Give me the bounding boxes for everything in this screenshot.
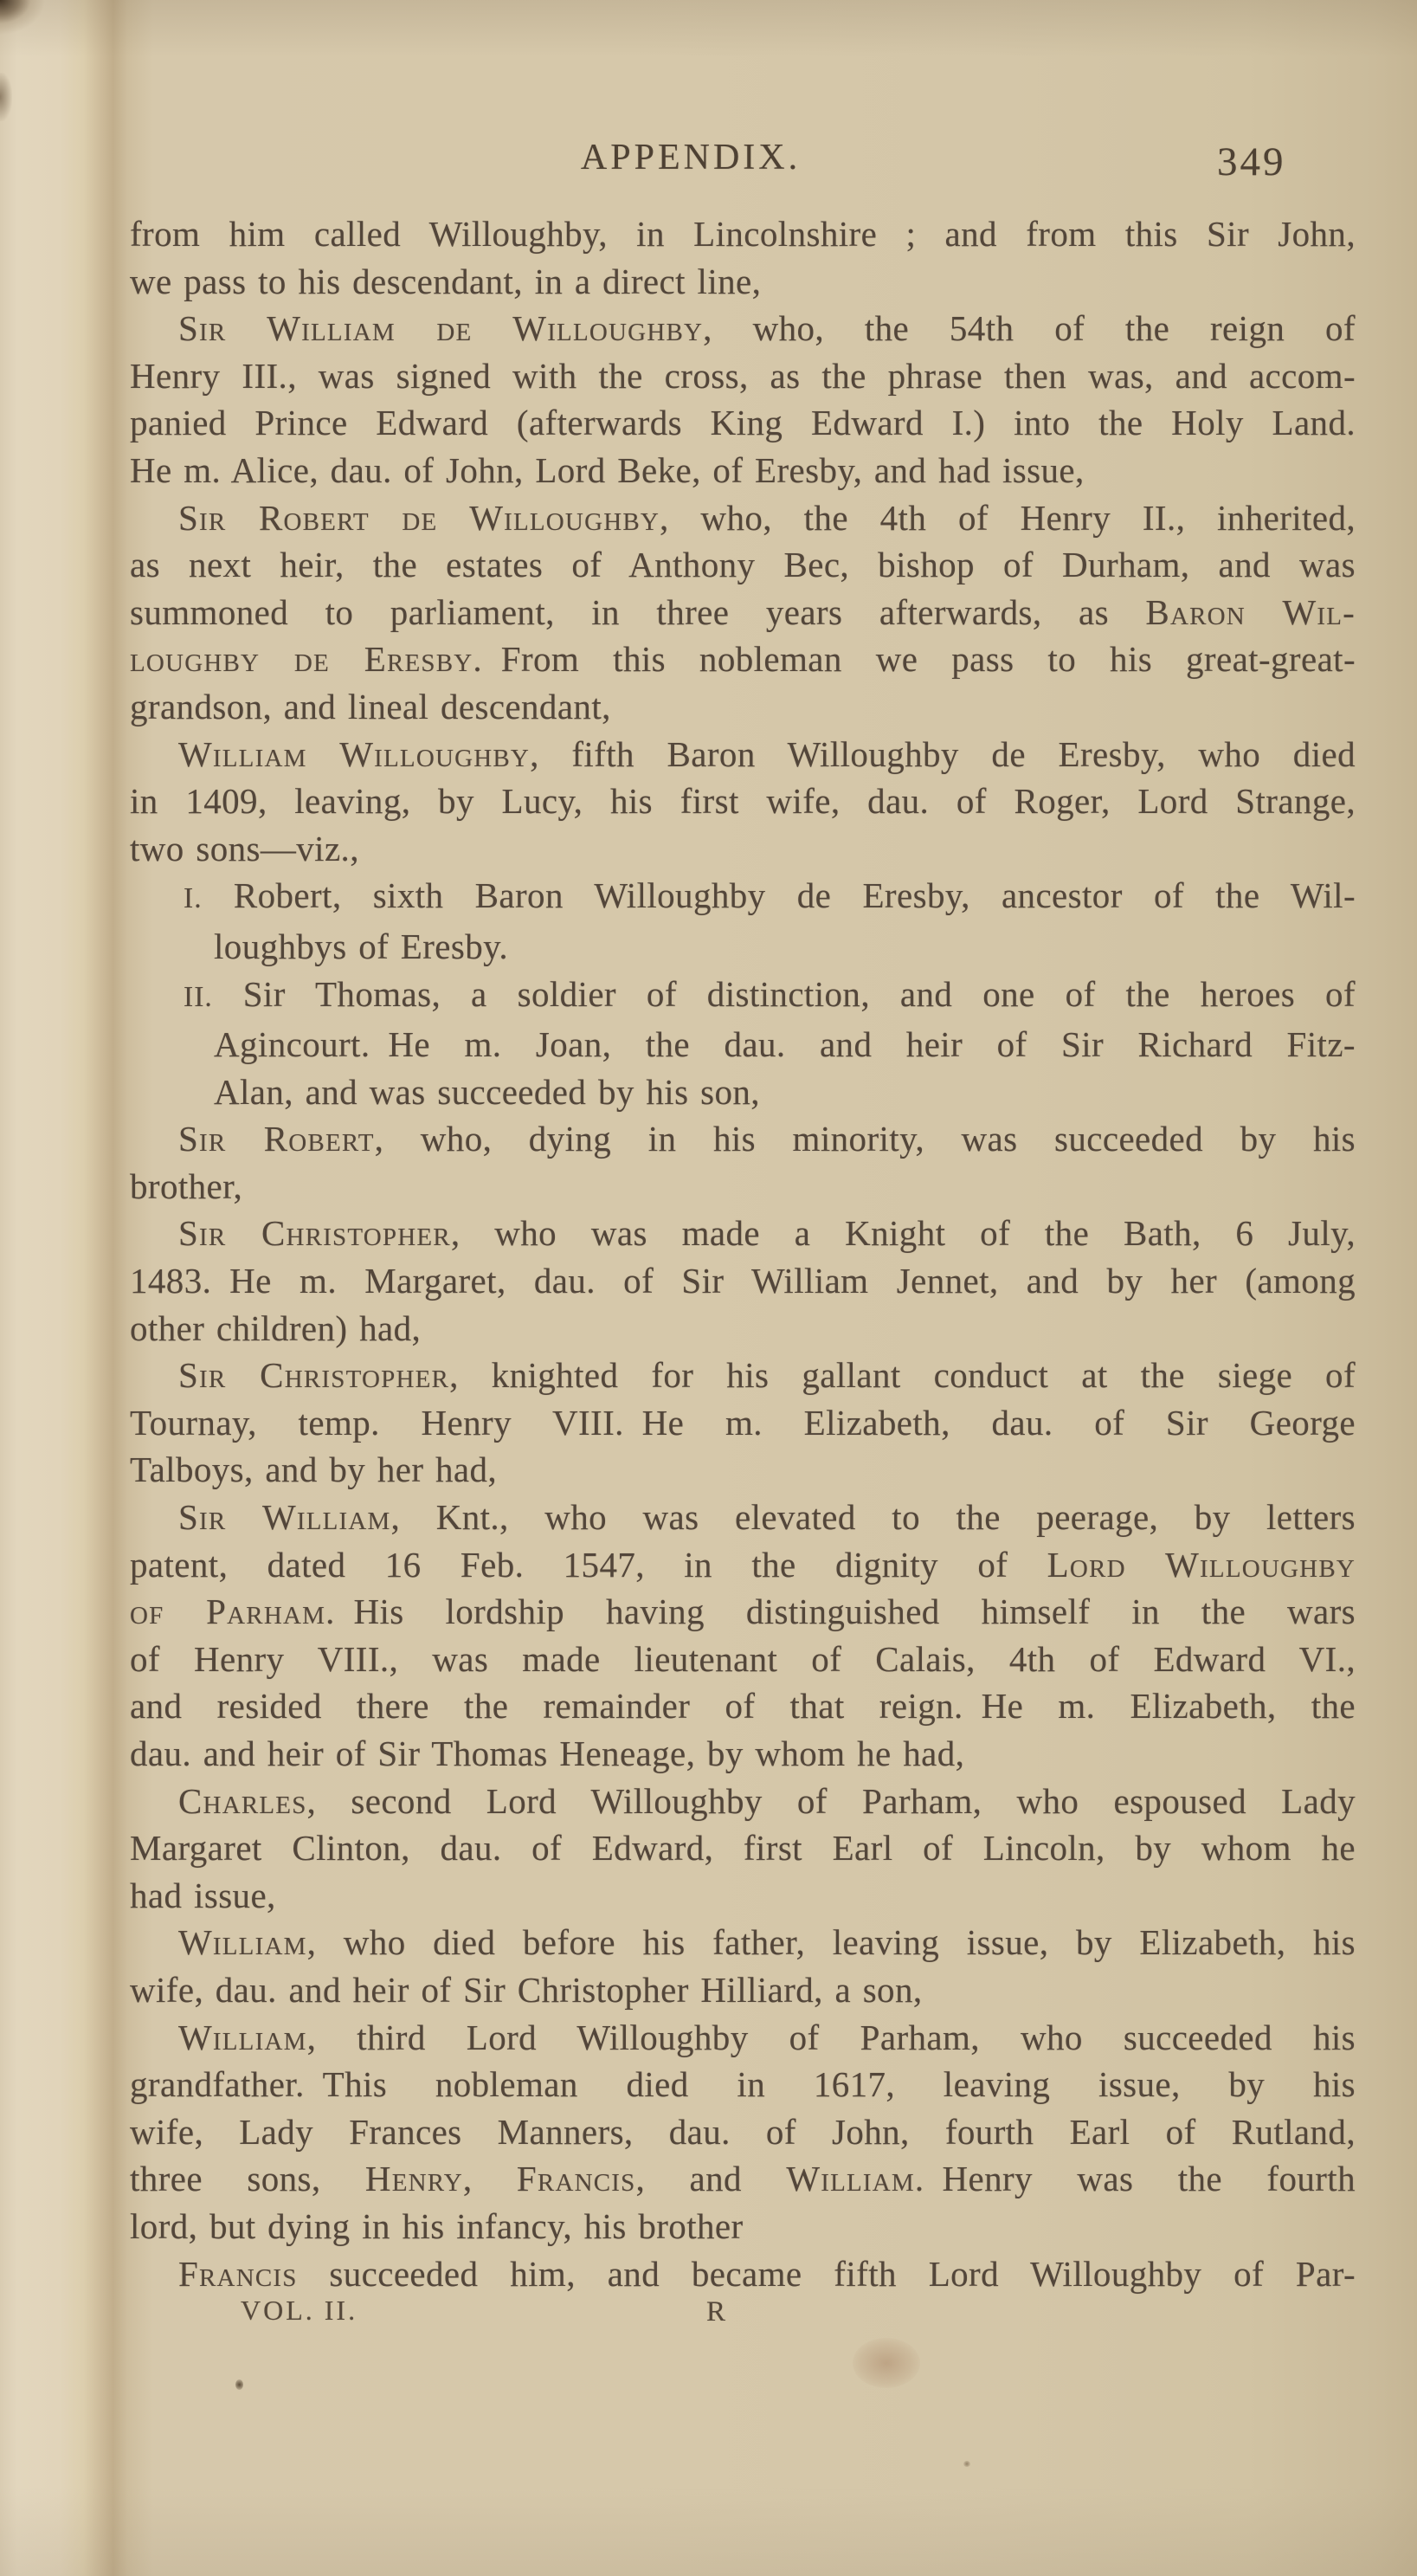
text-line: summoned to parliament, in three years a… (130, 589, 1356, 636)
small-caps-name: Sir Robert (178, 1119, 375, 1159)
text-segment: He m. Alice, dau. of John, Lord Beke, of… (130, 450, 1085, 490)
text-line: three sons, Henry, Francis, and William.… (130, 2155, 1356, 2203)
text-line: 1483. He m. Margaret, dau. of Sir Willia… (130, 1257, 1356, 1305)
text-line: wife, Lady Frances Manners, dau. of John… (130, 2108, 1356, 2156)
text-line: loughbys of Eresby. (130, 923, 1356, 971)
scan-edge-shadow (0, 73, 12, 121)
text-segment: wife, dau. and heir of Sir Christopher H… (130, 1970, 923, 2010)
text-segment: patent, dated 16 Feb. 1547, in the digni… (130, 1545, 1047, 1585)
text-segment: His lordship having distinguished himsel… (336, 1591, 1356, 1631)
roman-numeral: I. (184, 882, 203, 914)
text-segment: , third Lord Willoughby of Parham, who s… (307, 2018, 1356, 2057)
text-line: of Parham. His lordship having distingui… (130, 1588, 1356, 1636)
text-line: as next heir, the estates of Anthony Bec… (130, 541, 1356, 589)
text-segment: , Knt., who was elevated to the peerage,… (391, 1497, 1356, 1537)
text-segment: Henry III., was signed with the cross, a… (130, 356, 1356, 396)
text-segment: , (463, 2159, 517, 2198)
running-head-title: APPENDIX. (78, 137, 1304, 178)
small-caps-name: Sir Christopher (178, 1355, 449, 1395)
text-line: of Henry VIII., was made lieutenant of C… (130, 1636, 1356, 1683)
text-segment: had issue, (130, 1876, 276, 1915)
small-caps-name: Baron Wil- (1145, 592, 1356, 632)
text-line: brother, (130, 1163, 1356, 1211)
text-segment: , and (635, 2159, 786, 2198)
text-segment: brother, (130, 1166, 242, 1206)
signature-mark: R (706, 2296, 725, 2328)
text-segment: in 1409, leaving, by Lucy, his first wif… (130, 781, 1356, 821)
small-caps-name: Charles (178, 1781, 307, 1821)
text-line: loughby de Eresby. From this nobleman we… (130, 636, 1356, 683)
text-line: Sir Robert, who, dying in his minority, … (130, 1115, 1356, 1163)
text-segment: grandfather. This nobleman died in 1617,… (130, 2064, 1356, 2104)
text-line: I. Robert, sixth Baron Willoughby de Ere… (130, 872, 1356, 923)
text-line: patent, dated 16 Feb. 1547, in the digni… (130, 1541, 1356, 1589)
text-segment: From this nobleman we pass to his great-… (483, 639, 1356, 679)
text-segment: grandson, and lineal descendant, (130, 687, 611, 726)
text-line: II. Sir Thomas, a soldier of distinction… (130, 971, 1356, 1022)
text-line: dau. and heir of Sir Thomas Heneage, by … (130, 1730, 1356, 1778)
text-line: panied Prince Edward (afterwards King Ed… (130, 399, 1356, 447)
text-segment: other children) had, (130, 1308, 421, 1348)
text-segment: Sir Thomas, a soldier of distinction, an… (213, 974, 1356, 1014)
text-line: Henry III., was signed with the cross, a… (130, 352, 1356, 400)
text-line: other children) had, (130, 1305, 1356, 1353)
small-caps-name: William Willoughby (178, 734, 530, 774)
paper-speck (235, 2379, 243, 2390)
text-segment: lord, but dying in his infancy, his brot… (130, 2206, 744, 2246)
text-segment: , who was made a Knight of the Bath, 6 J… (451, 1213, 1356, 1253)
paper-stain (853, 2338, 920, 2388)
text-segment: from him called Willoughby, in Lincolnsh… (130, 214, 1356, 254)
text-segment: Margaret Clinton, dau. of Edward, first … (130, 1828, 1356, 1868)
text-line: grandfather. This nobleman died in 1617,… (130, 2061, 1356, 2108)
text-segment: , fifth Baron Willoughby de Eresby, who … (530, 734, 1356, 774)
scan-corner-shadow (0, 0, 45, 36)
text-line: Sir William, Knt., who was elevated to t… (130, 1494, 1356, 1541)
small-caps-name: Sir Robert de Willoughby (178, 498, 660, 538)
text-segment: 1483. He m. Margaret, dau. of Sir Willia… (130, 1261, 1356, 1301)
text-segment: Talboys, and by her had, (130, 1449, 497, 1489)
text-line: He m. Alice, dau. of John, Lord Beke, of… (130, 447, 1356, 494)
text-line: in 1409, leaving, by Lucy, his first wif… (130, 778, 1356, 825)
text-segment: Robert, sixth Baron Willoughby de Eresby… (203, 875, 1356, 915)
small-caps-name: Sir William de Willoughby (178, 308, 703, 348)
small-caps-name: William (178, 1922, 307, 1962)
text-line: had issue, (130, 1872, 1356, 1920)
text-line: Sir Christopher, knighted for his gallan… (130, 1352, 1356, 1399)
text-segment: we pass to his descendant, in a direct l… (130, 261, 761, 301)
small-caps-name: of Parham. (130, 1591, 336, 1631)
text-line: we pass to his descendant, in a direct l… (130, 258, 1356, 306)
text-segment: Agincourt. He m. Joan, the dau. and heir… (214, 1024, 1356, 1064)
text-line: Tournay, temp. Henry VIII. He m. Elizabe… (130, 1399, 1356, 1447)
small-caps-name: Francis (517, 2159, 636, 2198)
text-segment: summoned to parliament, in three years a… (130, 592, 1145, 632)
text-block: from him called Willoughby, in Lincolnsh… (130, 210, 1356, 2297)
small-caps-name: Sir Christopher (178, 1213, 451, 1253)
text-segment: Tournay, temp. Henry VIII. He m. Elizabe… (130, 1403, 1356, 1443)
text-line: Agincourt. He m. Joan, the dau. and heir… (130, 1021, 1356, 1068)
text-line: Sir Christopher, who was made a Knight o… (130, 1210, 1356, 1257)
book-page-scan: APPENDIX. 349 from him called Willoughby… (0, 0, 1417, 2576)
small-caps-name: William (786, 2159, 915, 2198)
text-segment: of Henry VIII., was made lieutenant of C… (130, 1639, 1356, 1679)
small-caps-name: loughby de Eresby. (130, 639, 483, 679)
text-line: Francis succeeded him, and became fifth … (130, 2250, 1356, 2298)
text-segment: , who died before his father, leaving is… (307, 1922, 1356, 1962)
text-segment: as next heir, the estates of Anthony Bec… (130, 545, 1356, 584)
text-segment: loughbys of Eresby. (214, 926, 508, 966)
paper-speck (963, 2461, 970, 2467)
small-caps-name: Lord Willoughby (1047, 1545, 1356, 1585)
text-line: Sir William de Willoughby, who, the 54th… (130, 305, 1356, 352)
text-line: Charles, second Lord Willoughby of Parha… (130, 1778, 1356, 1825)
small-caps-name: Henry (365, 2159, 463, 2198)
text-segment: succeeded him, and became fifth Lord Wil… (298, 2254, 1356, 2294)
text-line: and resided there the remainder of that … (130, 1682, 1356, 1730)
page-number: 349 (1217, 139, 1286, 185)
volume-label: VOL. II. (241, 2295, 357, 2327)
text-segment: Alan, and was succeeded by his son, (214, 1072, 760, 1112)
text-segment: panied Prince Edward (afterwards King Ed… (130, 403, 1356, 442)
roman-numeral: II. (184, 981, 213, 1013)
text-segment: , who, the 4th of Henry II., inherited, (660, 498, 1356, 538)
text-line: lord, but dying in his infancy, his brot… (130, 2203, 1356, 2250)
text-line: Sir Robert de Willoughby, who, the 4th o… (130, 494, 1356, 542)
small-caps-name: Sir William (178, 1497, 391, 1537)
text-line: wife, dau. and heir of Sir Christopher H… (130, 1966, 1356, 2014)
text-segment: two sons—viz., (130, 829, 359, 868)
text-line: William, who died before his father, lea… (130, 1919, 1356, 1966)
text-segment: , knighted for his gallant conduct at th… (449, 1355, 1356, 1395)
text-line: William Willoughby, fifth Baron Willough… (130, 731, 1356, 778)
text-segment: , second Lord Willoughby of Parham, who … (307, 1781, 1356, 1821)
text-segment: dau. and heir of Sir Thomas Heneage, by … (130, 1733, 964, 1773)
text-line: Talboys, and by her had, (130, 1446, 1356, 1494)
text-segment: . Henry was the fourth (915, 2159, 1356, 2198)
text-line: grandson, and lineal descendant, (130, 683, 1356, 731)
text-line: two sons—viz., (130, 825, 1356, 873)
text-line: William, third Lord Willoughby of Parham… (130, 2014, 1356, 2062)
text-segment: , who, the 54th of the reign of (703, 308, 1356, 348)
text-segment: , who, dying in his minority, was succee… (375, 1119, 1356, 1159)
text-line: Alan, and was succeeded by his son, (130, 1068, 1356, 1116)
text-line: from him called Willoughby, in Lincolnsh… (130, 210, 1356, 258)
text-segment: wife, Lady Frances Manners, dau. of John… (130, 2112, 1356, 2152)
small-caps-name: Francis (178, 2254, 298, 2294)
text-segment: three sons, (130, 2159, 365, 2198)
small-caps-name: William (178, 2018, 307, 2057)
text-line: Margaret Clinton, dau. of Edward, first … (130, 1824, 1356, 1872)
text-segment: and resided there the remainder of that … (130, 1686, 1356, 1726)
